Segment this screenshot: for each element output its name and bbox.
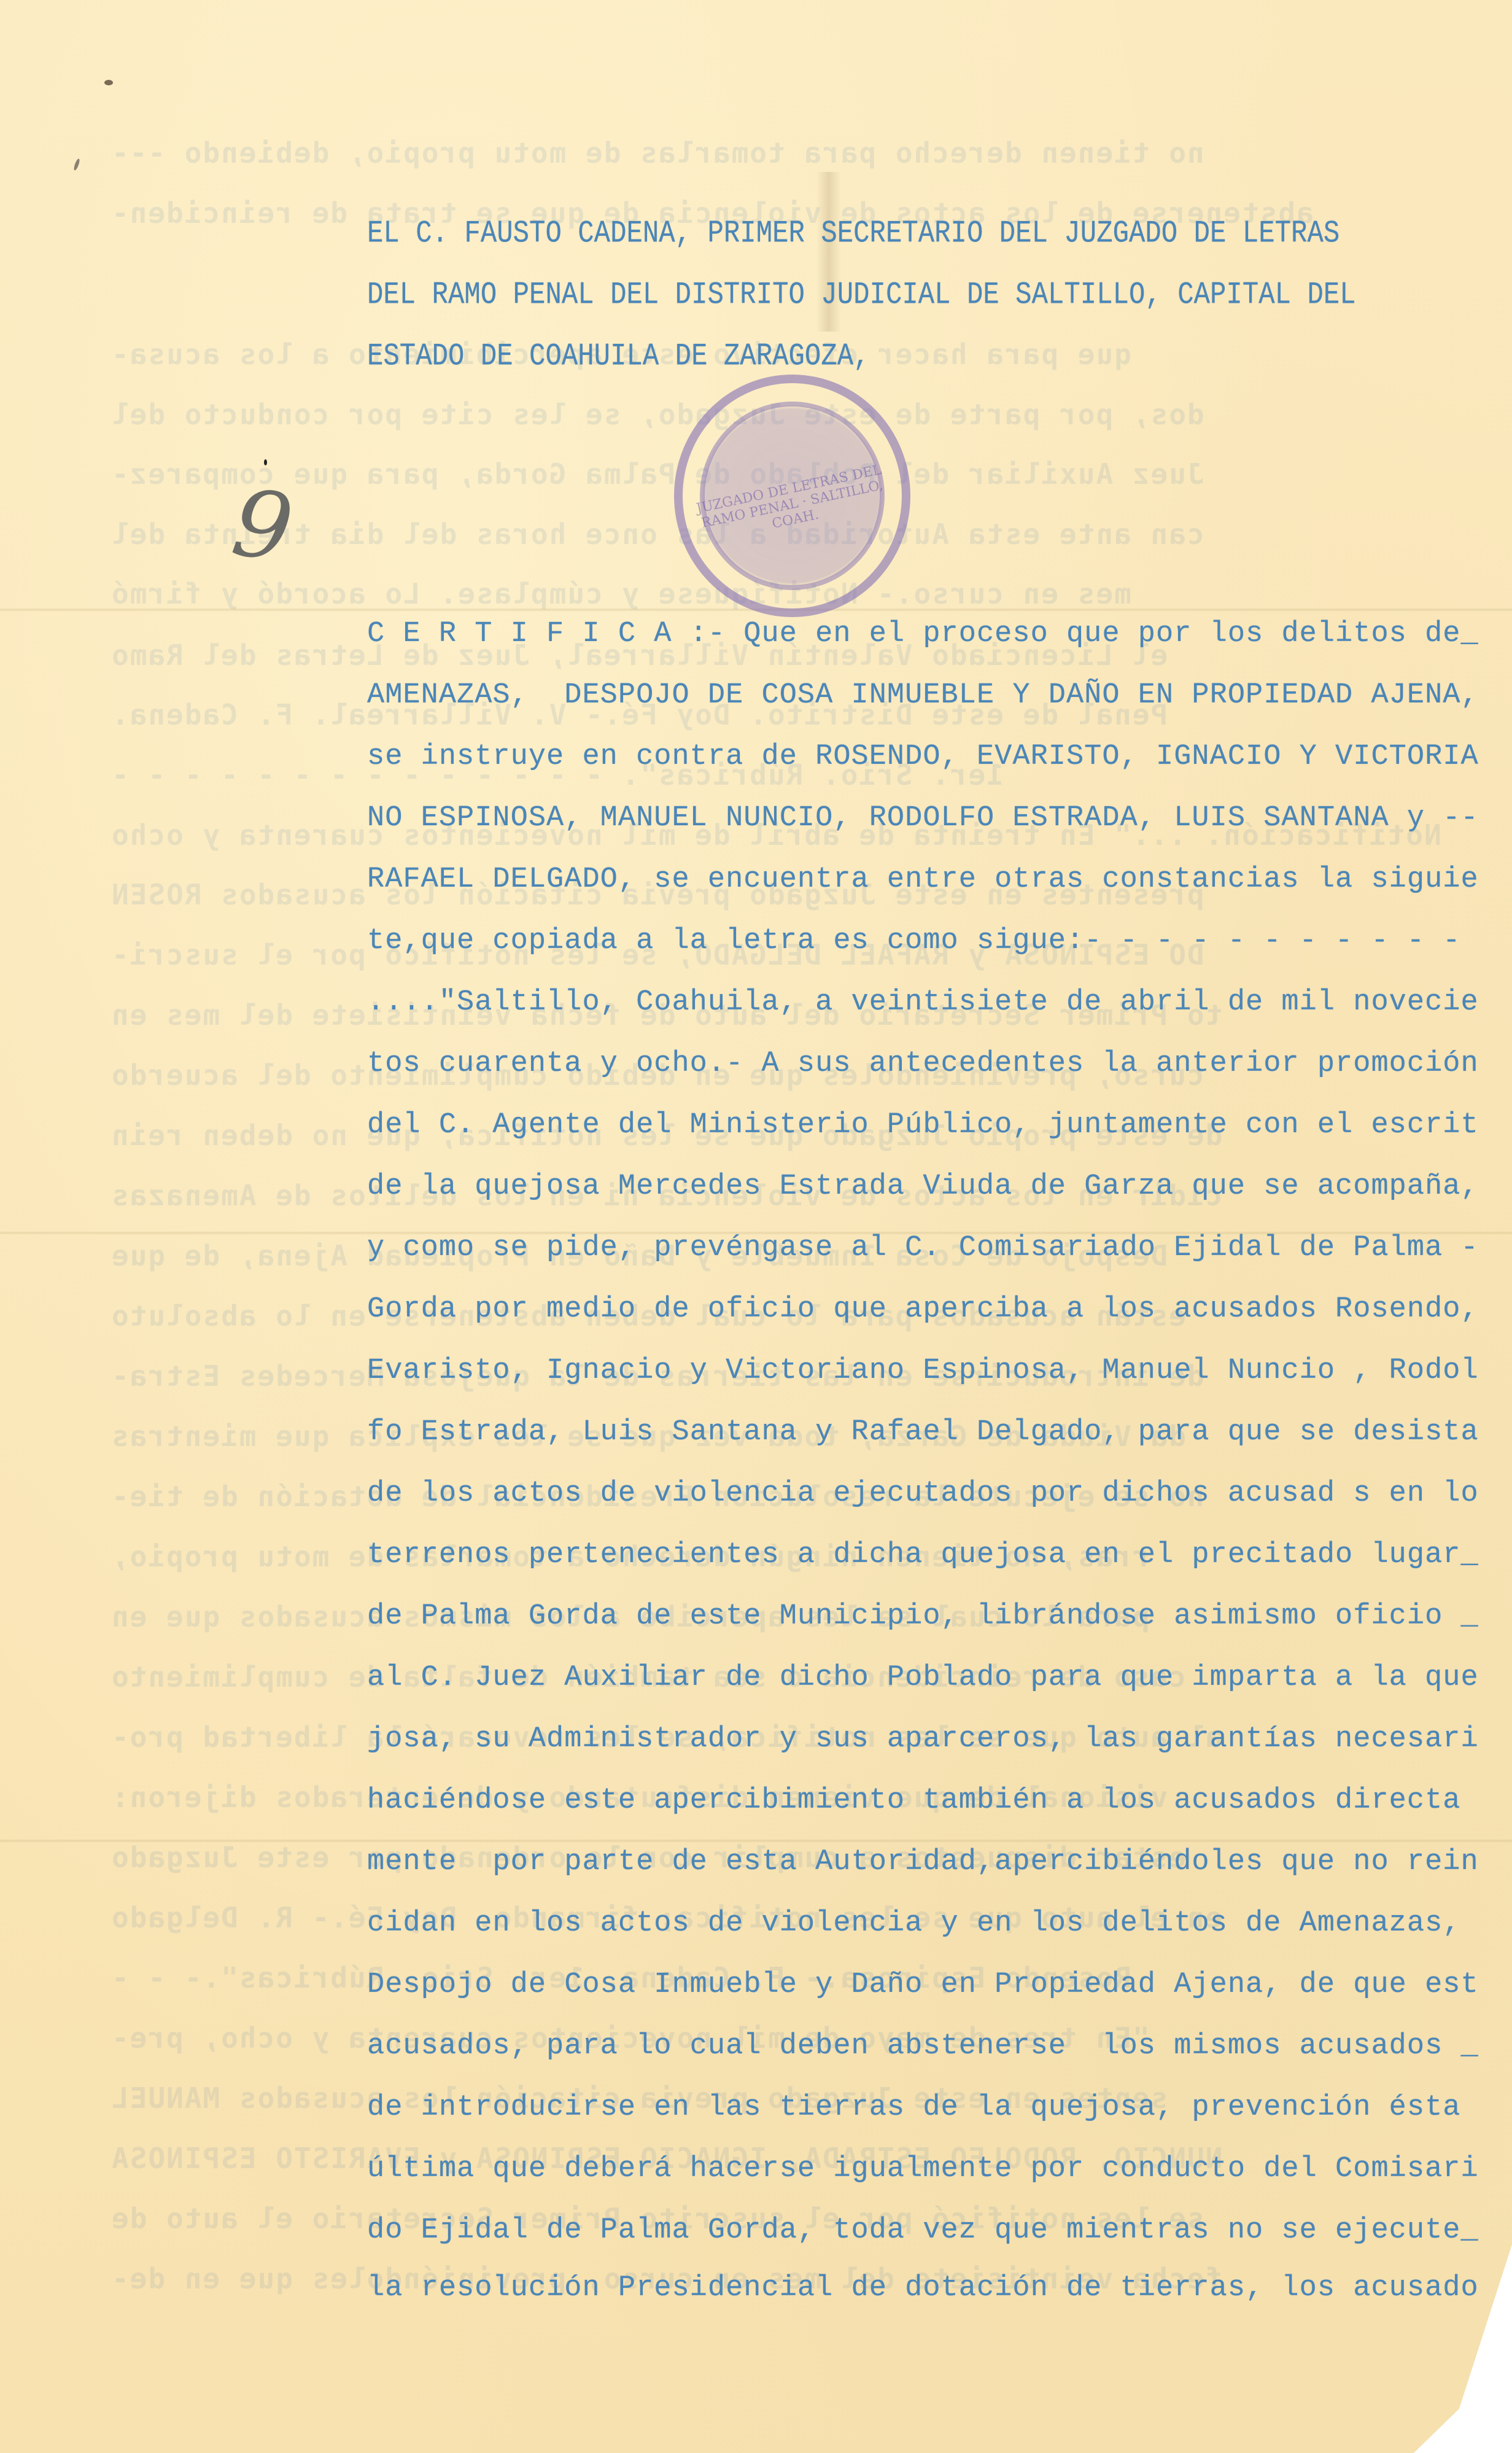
body-line: terrenos pertenecientes a dicha quejosa … — [367, 1539, 1479, 1571]
body-line: josa, su Administrador y sus aparceros, … — [367, 1723, 1479, 1755]
body-line: la resolución Presidencial de dotación d… — [367, 2272, 1479, 2304]
official-seal-stamp: JUZGADO DE LETRAS DEL RAMO PENAL · SALTI… — [674, 375, 910, 617]
body-line: mente por parte de esta Autoridad,aperci… — [367, 1846, 1479, 1878]
paper-speck — [264, 459, 267, 465]
body-line: del C. Agente del Ministerio Público, ju… — [367, 1109, 1479, 1141]
heading-line: ESTADO DE COAHUILA DE ZARAGOZA, — [367, 339, 870, 375]
body-line: cidan en los actos de violencia y en los… — [367, 1907, 1460, 1940]
body-line: RAFAEL DELGADO, se encuentra entre otras… — [367, 863, 1479, 896]
body-line: NO ESPINOSA, MANUEL NUNCIO, RODOLFO ESTR… — [367, 802, 1479, 834]
body-line: Evaristo, Ignacio y Victoriano Espinosa,… — [367, 1355, 1479, 1387]
body-line: AMENAZAS, DESPOJO DE COSA INMUEBLE Y DAÑ… — [367, 679, 1479, 712]
body-line: se instruye en contra de ROSENDO, EVARIS… — [367, 741, 1479, 773]
body-line: do Ejidal de Palma Gorda, toda vez que m… — [367, 2214, 1479, 2247]
bleed-through-line: dos, por parte de este Juzgado, se les c… — [110, 398, 1204, 431]
document-page: no tienen derecho para tomarlas de motu … — [0, 0, 1512, 2453]
paper-speck — [73, 158, 80, 171]
body-line: de introducirse en las tierras de la que… — [367, 2091, 1460, 2124]
body-line: última que deberá hacerse igualmente por… — [367, 2153, 1479, 2185]
body-line: y como se pide, prevéngase al C. Comisar… — [367, 1232, 1479, 1264]
body-line: fo Estrada, Luis Santana y Rafael Delgad… — [367, 1416, 1479, 1448]
body-line: haciéndose este apercibimiento también a… — [367, 1784, 1460, 1817]
body-line: Gorda por medio de oficio que aperciba a… — [367, 1293, 1479, 1326]
bleed-through-line: no tienen derecho para tomarlas de motu … — [110, 136, 1204, 169]
body-line: acusados, para lo cual deben abstenerse … — [367, 2030, 1479, 2062]
body-line: Despojo de Cosa Inmueble y Daño en Propi… — [367, 1969, 1479, 2001]
body-line: tos cuarenta y ocho.- A sus antecedentes… — [367, 1048, 1479, 1080]
heading-line: EL C. FAUSTO CADENA, PRIMER SECRETARIO D… — [367, 216, 1339, 252]
body-line: al C. Juez Auxiliar de dicho Poblado par… — [367, 1662, 1479, 1694]
body-line: ...."Saltillo, Coahuila, a veintisiete d… — [367, 986, 1479, 1019]
bleed-through-line: mes en curso.- Notifíquese y cúmplase. L… — [110, 577, 1131, 610]
body-line: de Palma Gorda de este Municipio, librán… — [367, 1600, 1479, 1633]
heading-line: DEL RAMO PENAL DEL DISTRITO JUDICIAL DE … — [367, 278, 1356, 313]
body-line: te,que copiada a la letra es como sigue:… — [367, 925, 1460, 957]
body-line: de los actos de violencia ejecutados por… — [367, 1477, 1479, 1510]
body-line: de la quejosa Mercedes Estrada Viuda de … — [367, 1170, 1479, 1203]
body-line: C E R T I F I C A :- Que en el proceso q… — [367, 618, 1479, 650]
paper-speck — [104, 80, 113, 85]
